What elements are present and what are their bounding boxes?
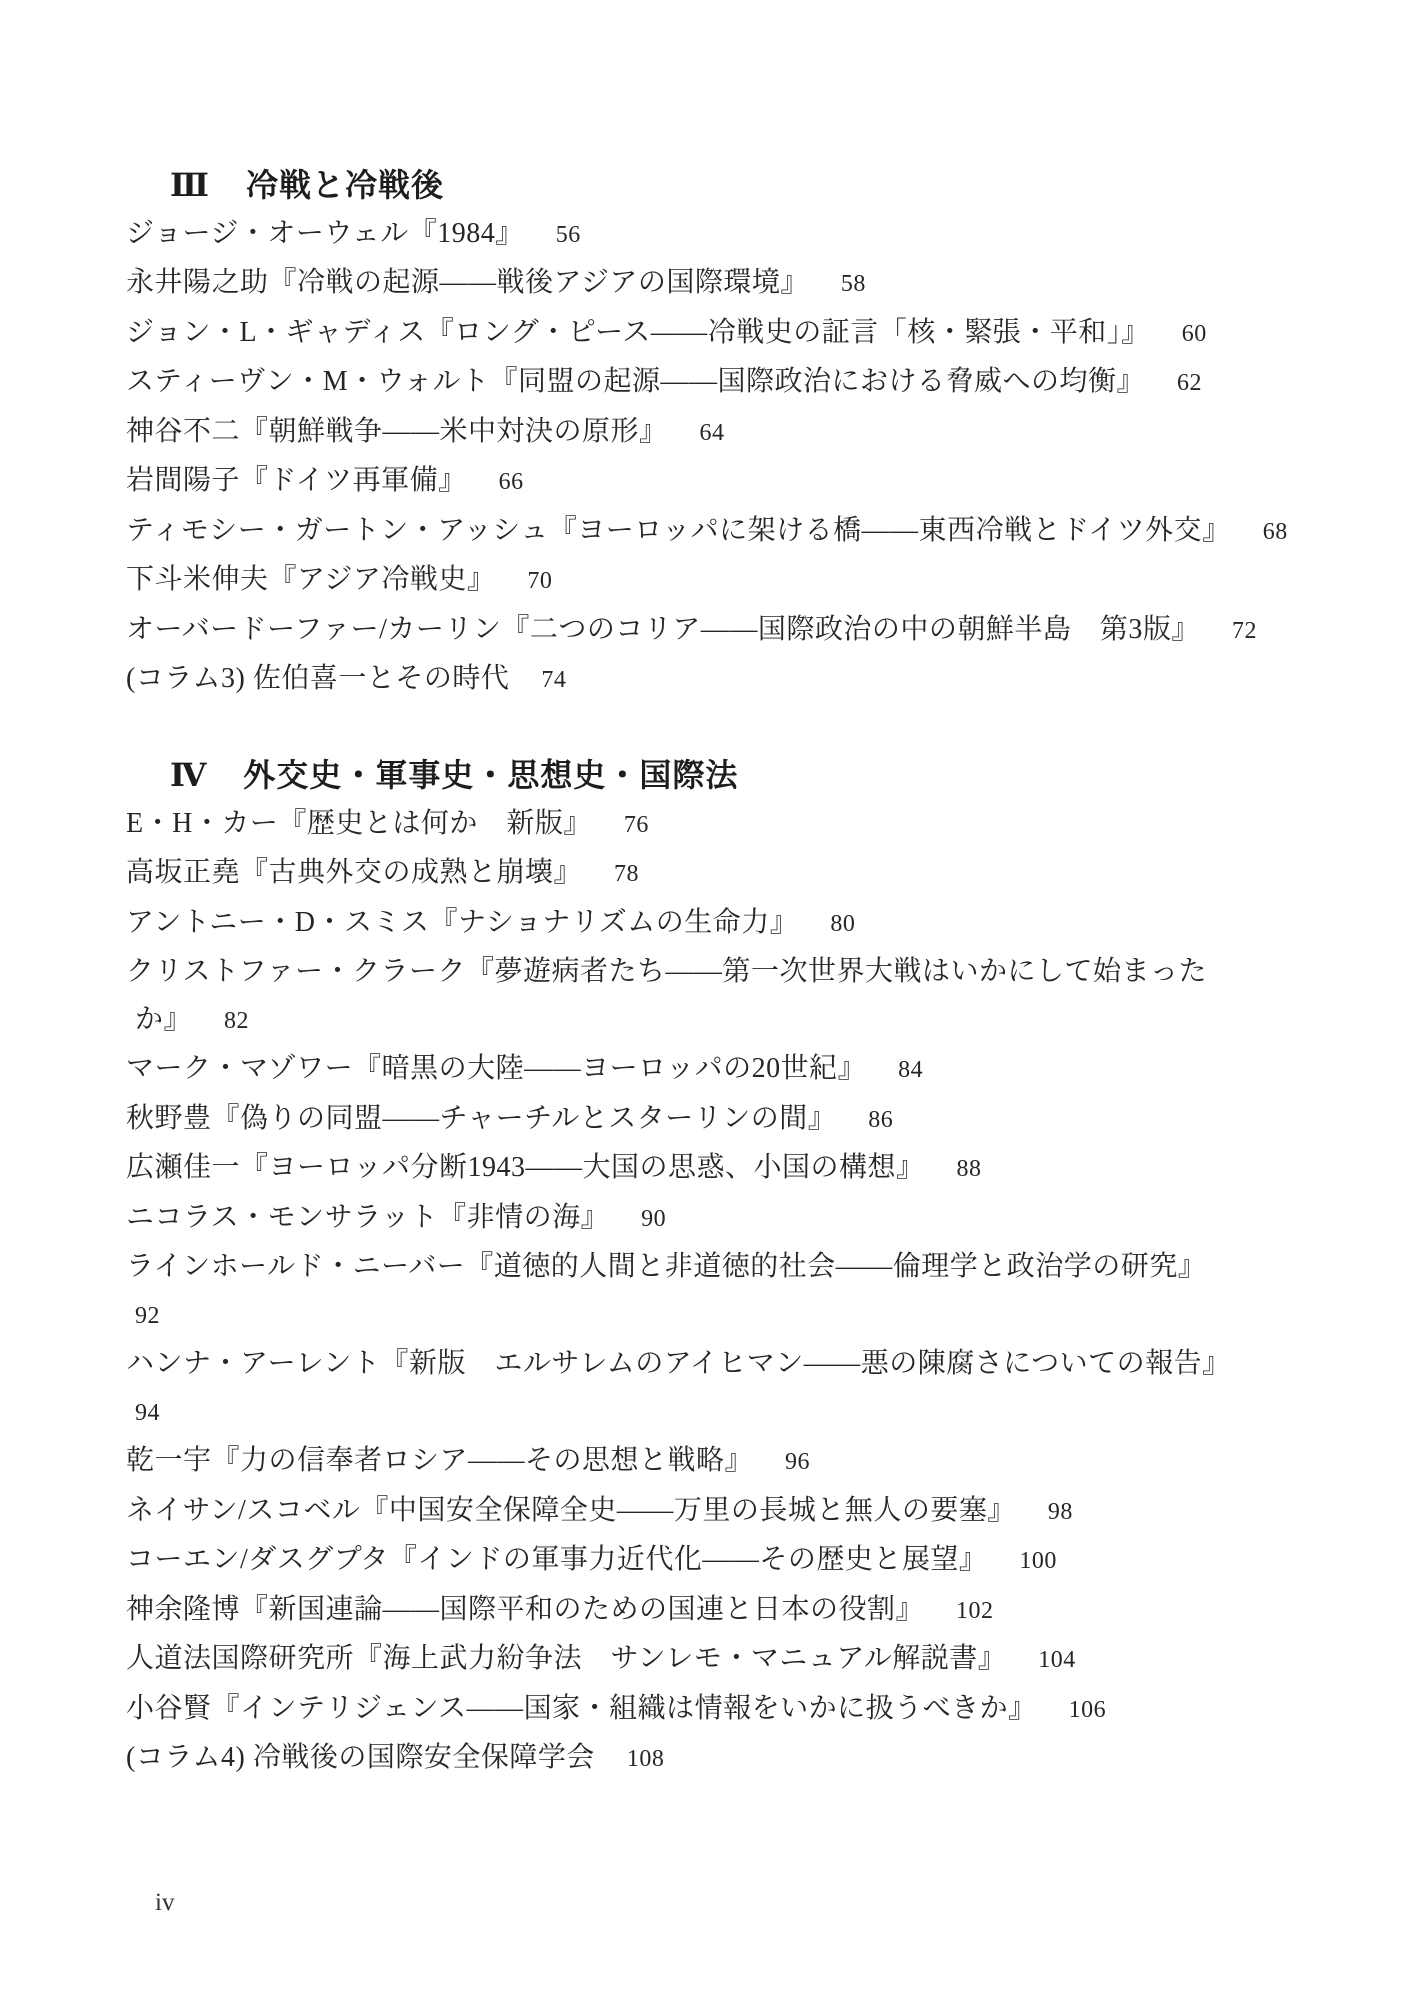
toc-entry: 下斗米伸夫『アジア冷戦史』70 bbox=[126, 556, 1356, 606]
entry-page-number: 72 bbox=[1232, 618, 1257, 644]
toc-entry: ティモシー・ガートン・アッシュ『ヨーロッパに架ける橋――東西冷戦とドイツ外交』6… bbox=[126, 507, 1356, 557]
toc-entry: コーエン/ダスグプタ『インドの軍事力近代化――その歴史と展望』100 bbox=[126, 1536, 1356, 1586]
toc-entry: 神余隆博『新国連論――国際平和のための国連と日本の役割』102 bbox=[126, 1586, 1356, 1636]
toc-entry: ジョン・L・ギャディス『ロング・ピース――冷戦史の証言「核・緊張・平和」』60 bbox=[126, 309, 1356, 359]
toc-entry: マーク・マゾワー『暗黒の大陸――ヨーロッパの20世紀』84 bbox=[126, 1045, 1356, 1095]
entry-page-number: 76 bbox=[624, 812, 649, 838]
section-title: 冷戦と冷戦後 bbox=[246, 167, 444, 203]
entry-page-number: 104 bbox=[1038, 1647, 1076, 1673]
toc-entry: 広瀬佳一『ヨーロッパ分断1943――大国の思惑、小国の構想』88 bbox=[126, 1144, 1356, 1194]
entry-page-number: 60 bbox=[1182, 321, 1207, 347]
entry-title: (コラム3) 佐伯喜一とその時代 bbox=[126, 663, 509, 694]
toc-section-4: Ⅳ外交史・軍事史・思想史・国際法 E・H・カー『歴史とは何か 新版』76 高坂正… bbox=[126, 752, 1356, 1784]
entry-page-number: 92 bbox=[135, 1303, 160, 1329]
entry-list: ジョージ・オーウェル『1984』56 永井陽之助『冷戦の起源――戦後アジアの国際… bbox=[126, 210, 1356, 705]
entry-title: E・H・カー『歴史とは何か 新版』 bbox=[126, 808, 592, 839]
entry-page-number: 62 bbox=[1177, 370, 1202, 396]
entry-page-number: 68 bbox=[1263, 519, 1288, 545]
toc-entry: ジョージ・オーウェル『1984』56 bbox=[126, 210, 1356, 260]
entry-title: スティーヴン・M・ウォルト『同盟の起源――国際政治における脅威への均衡』 bbox=[126, 366, 1145, 397]
entry-page-number: 98 bbox=[1048, 1499, 1073, 1525]
toc-entry: 人道法国際研究所『海上武力紛争法 サンレモ・マニュアル解説書』104 bbox=[126, 1635, 1356, 1685]
toc-entry: 神谷不二『朝鮮戦争――米中対決の原形』64 bbox=[126, 408, 1356, 458]
toc-entry: 小谷賢『インテリジェンス――国家・組織は情報をいかに扱うべきか』106 bbox=[126, 1685, 1356, 1735]
book-toc-page: { "document": { "footer_page_number": "i… bbox=[0, 0, 1407, 2000]
section-title: 外交史・軍事史・思想史・国際法 bbox=[243, 757, 738, 793]
entry-page-number: 58 bbox=[841, 271, 866, 297]
toc-entry: 永井陽之助『冷戦の起源――戦後アジアの国際環境』58 bbox=[126, 259, 1356, 309]
toc-section-3: Ⅲ冷戦と冷戦後 ジョージ・オーウェル『1984』56 永井陽之助『冷戦の起源――… bbox=[126, 162, 1356, 705]
entry-page-number: 82 bbox=[224, 1008, 249, 1034]
entry-title: オーバードーファー/カーリン『二つのコリア――国際政治の中の朝鮮半島 第3版』 bbox=[126, 614, 1200, 645]
entry-title: ハンナ・アーレント『新版 エルサレムのアイヒマン――悪の陳腐さについての報告』 bbox=[126, 1340, 1356, 1388]
entry-title: コーエン/ダスグプタ『インドの軍事力近代化――その歴史と展望』 bbox=[126, 1544, 987, 1575]
toc-entry: ネイサン/スコベル『中国安全保障全史――万里の長城と無人の要塞』98 bbox=[126, 1487, 1356, 1537]
toc-entry: オーバードーファー/カーリン『二つのコリア――国際政治の中の朝鮮半島 第3版』7… bbox=[126, 606, 1356, 656]
section-number: Ⅳ bbox=[170, 757, 207, 793]
toc-entry: ニコラス・モンサラット『非情の海』90 bbox=[126, 1194, 1356, 1244]
entry-title: 人道法国際研究所『海上武力紛争法 サンレモ・マニュアル解説書』 bbox=[126, 1643, 1006, 1674]
toc-entry: 高坂正堯『古典外交の成熟と崩壊』78 bbox=[126, 849, 1356, 899]
entry-title: (コラム4) 冷戦後の国際安全保障学会 bbox=[126, 1742, 595, 1773]
toc-entry: ハンナ・アーレント『新版 エルサレムのアイヒマン――悪の陳腐さについての報告』9… bbox=[126, 1340, 1356, 1437]
page-number-footer: iv bbox=[155, 1888, 174, 1918]
section-heading: Ⅳ外交史・軍事史・思想史・国際法 bbox=[126, 752, 1356, 800]
entry-title: アントニー・D・スミス『ナショナリズムの生命力』 bbox=[126, 907, 798, 938]
entry-title-continued: か』 bbox=[135, 1004, 192, 1035]
toc-entry: 岩間陽子『ドイツ再軍備』66 bbox=[126, 457, 1356, 507]
toc-entry: 秋野豊『偽りの同盟――チャーチルとスターリンの間』86 bbox=[126, 1095, 1356, 1145]
entry-title: 永井陽之助『冷戦の起源――戦後アジアの国際環境』 bbox=[126, 267, 809, 298]
entry-title: マーク・マゾワー『暗黒の大陸――ヨーロッパの20世紀』 bbox=[126, 1053, 866, 1084]
toc-entry: スティーヴン・M・ウォルト『同盟の起源――国際政治における脅威への均衡』62 bbox=[126, 358, 1356, 408]
entry-continuation: 94 bbox=[126, 1388, 1356, 1438]
entry-page-number: 108 bbox=[627, 1746, 665, 1772]
toc-entry: アントニー・D・スミス『ナショナリズムの生命力』80 bbox=[126, 899, 1356, 949]
entry-page-number: 56 bbox=[556, 222, 581, 248]
entry-title: 神余隆博『新国連論――国際平和のための国連と日本の役割』 bbox=[126, 1594, 924, 1625]
entry-title: 小谷賢『インテリジェンス――国家・組織は情報をいかに扱うべきか』 bbox=[126, 1693, 1037, 1724]
entry-page-number: 66 bbox=[499, 469, 524, 495]
entry-title: クリストファー・クラーク『夢遊病者たち――第一次世界大戦はいかにして始まった bbox=[126, 948, 1356, 996]
table-of-contents: Ⅲ冷戦と冷戦後 ジョージ・オーウェル『1984』56 永井陽之助『冷戦の起源――… bbox=[126, 162, 1356, 1784]
entry-page-number: 96 bbox=[785, 1449, 810, 1475]
entry-page-number: 70 bbox=[527, 568, 552, 594]
entry-page-number: 106 bbox=[1069, 1697, 1107, 1723]
entry-title: ネイサン/スコベル『中国安全保障全史――万里の長城と無人の要塞』 bbox=[126, 1495, 1016, 1526]
entry-list: E・H・カー『歴史とは何か 新版』76 高坂正堯『古典外交の成熟と崩壊』78 ア… bbox=[126, 800, 1356, 1784]
entry-title: 神谷不二『朝鮮戦争――米中対決の原形』 bbox=[126, 416, 668, 447]
entry-page-number: 100 bbox=[1019, 1548, 1057, 1574]
toc-entry: クリストファー・クラーク『夢遊病者たち――第一次世界大戦はいかにして始まったか』… bbox=[126, 948, 1356, 1045]
entry-title: ニコラス・モンサラット『非情の海』 bbox=[126, 1202, 609, 1233]
entry-page-number: 64 bbox=[700, 420, 725, 446]
entry-title: 岩間陽子『ドイツ再軍備』 bbox=[126, 465, 467, 496]
entry-title: ジョン・L・ギャディス『ロング・ピース――冷戦史の証言「核・緊張・平和」』 bbox=[126, 317, 1150, 348]
toc-entry: E・H・カー『歴史とは何か 新版』76 bbox=[126, 800, 1356, 850]
entry-title: 高坂正堯『古典外交の成熟と崩壊』 bbox=[126, 857, 582, 888]
section-number: Ⅲ bbox=[170, 167, 210, 203]
entry-title: 下斗米伸夫『アジア冷戦史』 bbox=[126, 564, 495, 595]
entry-title: ジョージ・オーウェル『1984』 bbox=[126, 218, 524, 249]
entry-page-number: 90 bbox=[641, 1206, 666, 1232]
entry-title: 秋野豊『偽りの同盟――チャーチルとスターリンの間』 bbox=[126, 1103, 836, 1134]
entry-page-number: 78 bbox=[614, 861, 639, 887]
entry-continuation: 92 bbox=[126, 1291, 1356, 1341]
entry-page-number: 102 bbox=[956, 1598, 994, 1624]
entry-page-number: 74 bbox=[541, 667, 566, 693]
entry-page-number: 86 bbox=[868, 1107, 893, 1133]
entry-title: ラインホールド・ニーバー『道徳的人間と非道徳的社会――倫理学と政治学の研究』 bbox=[126, 1243, 1356, 1291]
entry-title: 乾一宇『力の信奉者ロシア――その思想と戦略』 bbox=[126, 1445, 753, 1476]
toc-entry-column: (コラム3) 佐伯喜一とその時代74 bbox=[126, 655, 1356, 705]
entry-title: ティモシー・ガートン・アッシュ『ヨーロッパに架ける橋――東西冷戦とドイツ外交』 bbox=[126, 515, 1231, 546]
toc-entry: ラインホールド・ニーバー『道徳的人間と非道徳的社会――倫理学と政治学の研究』92 bbox=[126, 1243, 1356, 1340]
entry-page-number: 88 bbox=[956, 1156, 981, 1182]
entry-page-number: 94 bbox=[135, 1400, 160, 1426]
section-heading: Ⅲ冷戦と冷戦後 bbox=[126, 162, 1356, 210]
toc-entry: 乾一宇『力の信奉者ロシア――その思想と戦略』96 bbox=[126, 1437, 1356, 1487]
entry-continuation: か』82 bbox=[126, 996, 1356, 1046]
entry-title: 広瀬佳一『ヨーロッパ分断1943――大国の思惑、小国の構想』 bbox=[126, 1152, 924, 1183]
entry-page-number: 84 bbox=[898, 1057, 923, 1083]
toc-entry-column: (コラム4) 冷戦後の国際安全保障学会108 bbox=[126, 1734, 1356, 1784]
entry-page-number: 80 bbox=[830, 911, 855, 937]
